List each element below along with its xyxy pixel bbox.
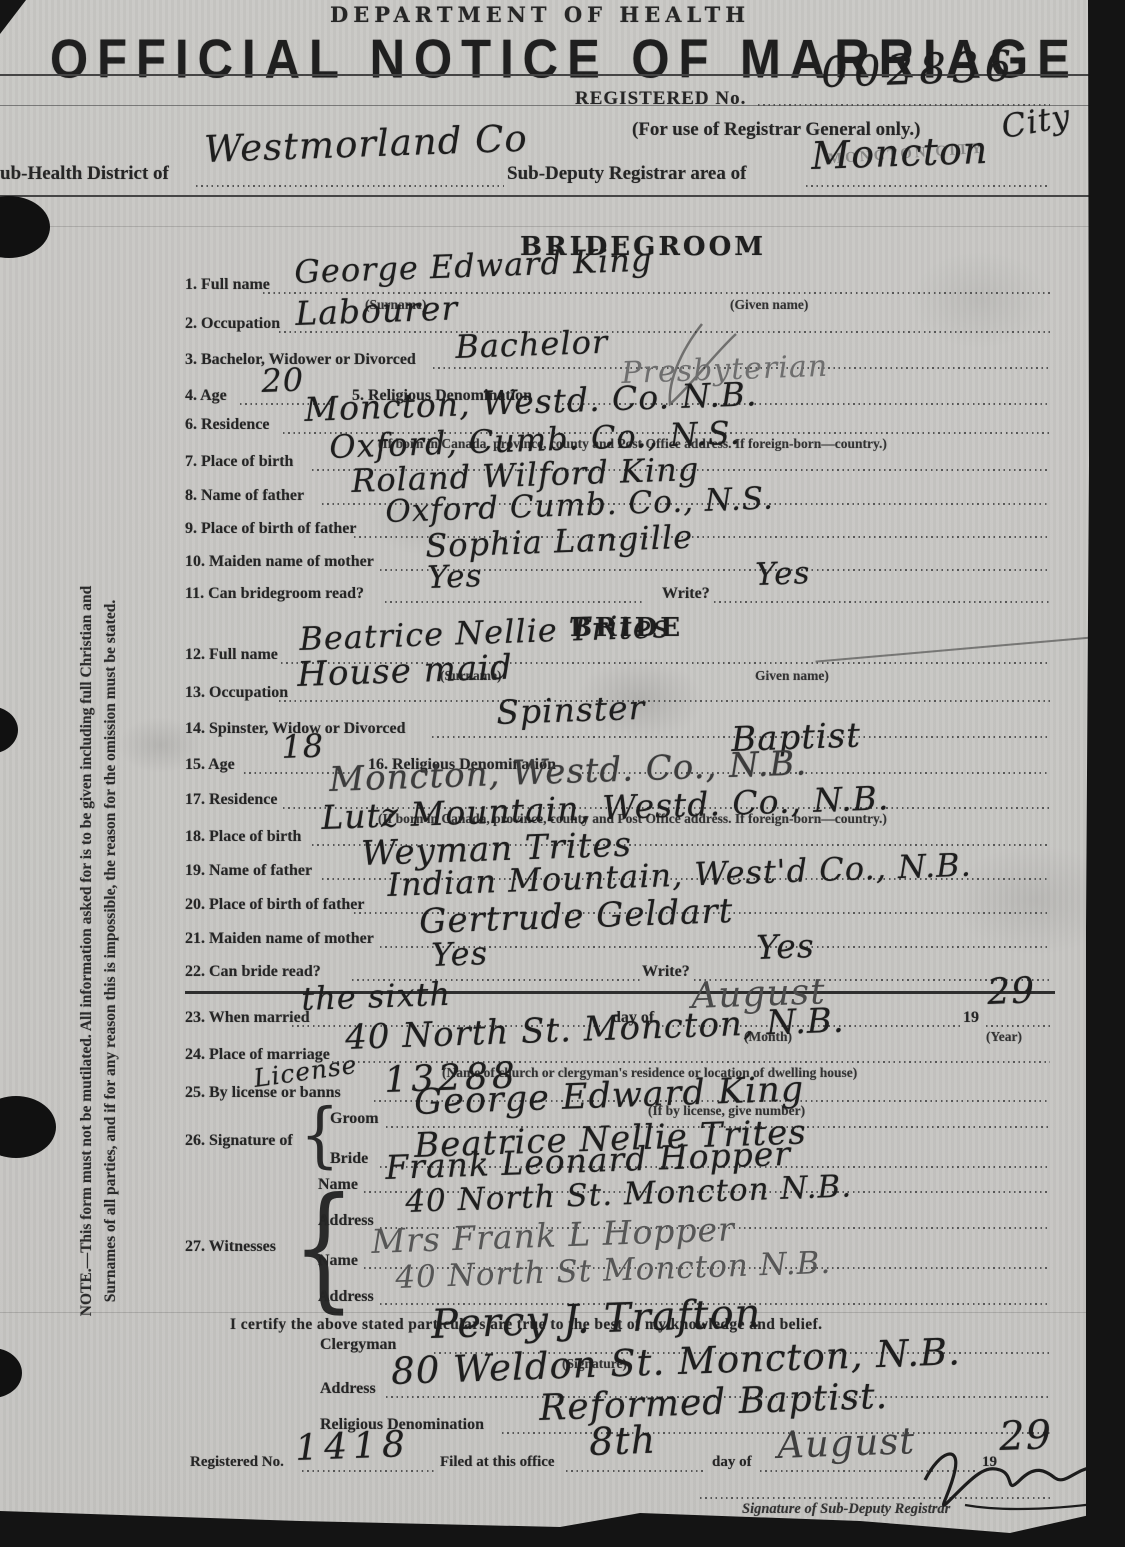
when-married-value: the sixth [301,975,452,1018]
registered-no-value: 002836 [820,41,1018,97]
field-label: 17. Residence [185,791,277,809]
field-label: 20. Place of birth of father [185,896,365,914]
bride-marital-status: Spinster [496,688,646,732]
field-label: 19. Name of father [185,862,312,880]
groom-can-read: Yes [427,558,483,596]
field-line [986,1025,1050,1027]
given-name-caption: Given name) [755,668,829,684]
field-label: 21. Maiden name of mother [185,930,374,948]
field-line [385,601,643,603]
year-caption: (Year) [986,1029,1022,1045]
field-label: Write? [662,585,710,603]
side-note-line2: Surnames of all parties, and if for any … [102,521,120,1381]
field-label: 1. Full name [185,276,270,294]
signature-of-label: 26. Signature of [185,1132,293,1150]
groom-full-name: George Edward King [294,241,653,291]
field-label: 15. Age [185,756,235,774]
field-label: 6. Residence [185,416,269,434]
footer-month-value: August [776,1419,915,1467]
field-line [566,1470,706,1472]
footer-registered-value: 1418 [295,1424,412,1469]
punch-hole-4 [0,1348,22,1398]
subdeputy-line [806,185,1050,187]
groom-can-write: Yes [755,555,811,593]
groom-age: 20 [261,361,305,400]
punch-hole-1 [0,196,50,258]
district-value: Westmorland Co [203,117,528,171]
witness2-address-label: Address [318,1288,374,1306]
marriage-notice-document: DEPARTMENT OF HEALTH OFFICIAL NOTICE OF … [0,0,1125,1547]
pencil-diagonal-line [815,635,1104,662]
subdeputy-label: Sub-Deputy Registrar area of [507,163,746,185]
bride-can-write: Yes [756,926,816,967]
side-note: NOTE.—This form must not be mutilated. A… [78,521,130,1381]
field-label: 4. Age [185,387,227,405]
field-label: 11. Can bridegroom read? [185,585,364,603]
bride-can-read: Yes [431,934,489,974]
header-rule-3 [0,195,1090,197]
field-label: 13. Occupation [185,684,288,702]
punch-hole-2 [0,706,18,754]
field-label: 9. Place of birth of father [185,520,357,538]
field-line [279,700,1050,702]
witness2-name-label: Name [318,1252,358,1270]
groom-marital-status: Bachelor [455,323,609,366]
clergyman-label: Clergyman [320,1336,396,1354]
bride-age: 18 [281,727,325,766]
year-printed: 19 [963,1009,979,1027]
scan-edge-right [1086,0,1125,1547]
field-label: 18. Place of birth [185,828,301,846]
groom-occupation: Labourer [295,288,459,333]
district-line [196,185,504,187]
registered-no-label: REGISTERED No. [575,88,746,110]
groom-sig-label: Groom [330,1110,379,1128]
given-name-caption: (Given name) [730,297,808,313]
field-label: 10. Maiden name of mother [185,553,374,571]
field-label: 22. Can bride read? [185,963,321,981]
side-note-line1: NOTE.—This form must not be mutilated. A… [78,521,96,1381]
field-label: 12. Full name [185,646,278,664]
witnesses-label: 27. Witnesses [185,1238,276,1256]
scan-line-1 [0,226,1090,227]
field-line [302,1470,434,1472]
footer-registered-label: Registered No. [190,1454,284,1471]
witness1-address-label: Address [318,1212,374,1230]
footer-day-of-label: day of [712,1454,752,1471]
filed-day-value: 8th [588,1418,656,1464]
bride-sig-label: Bride [330,1150,368,1168]
field-label: 8. Name of father [185,487,304,505]
scan-edge-corner [0,0,26,34]
year-value: 29 [987,970,1036,1013]
field-line [714,601,1050,603]
when-married-label: 23. When married [185,1009,310,1027]
field-label: 2. Occupation [185,315,280,333]
department-title: DEPARTMENT OF HEALTH [330,2,750,27]
bride-occupation: House maid [297,648,514,695]
field-label: Write? [642,963,690,981]
subdeputy-value: Moncton [810,128,989,178]
witness1-name-label: Name [318,1176,358,1194]
punch-hole-3 [0,1096,56,1158]
clergyman-address-label: Address [320,1380,376,1398]
registered-no-line [758,104,1050,106]
filed-label: Filed at this office [440,1454,555,1471]
field-label: 7. Place of birth [185,453,293,471]
district-label: ub-Health District of [0,163,169,185]
